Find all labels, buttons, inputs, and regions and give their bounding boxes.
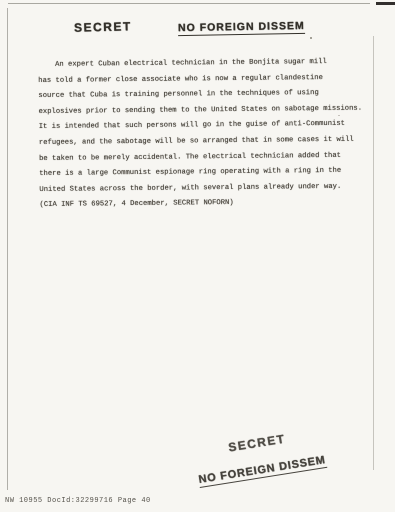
document-body: An expert Cuban electrical technician in… [38,55,372,214]
scan-speck [310,37,312,39]
citation-line: (CIA INF TS 69527, 4 December, SECRET NO… [39,195,371,214]
classification-stamp-bottom: SECRET [227,432,286,455]
scan-corner-mark [376,2,395,5]
scan-border-right [373,36,374,470]
scan-border-left [7,8,8,490]
classification-stamp-top: SECRET [74,19,132,35]
archive-footer: NW 10955 DocId:32299716 Page 40 [5,497,151,505]
dissemination-stamp-top: NO FOREIGN DISSEM [178,20,305,36]
dissemination-stamp-bottom: NO FOREIGN DISSEM [198,454,327,488]
scan-border-top [8,3,370,4]
document-page: SECRET NO FOREIGN DISSEM An expert Cuban… [0,0,395,512]
